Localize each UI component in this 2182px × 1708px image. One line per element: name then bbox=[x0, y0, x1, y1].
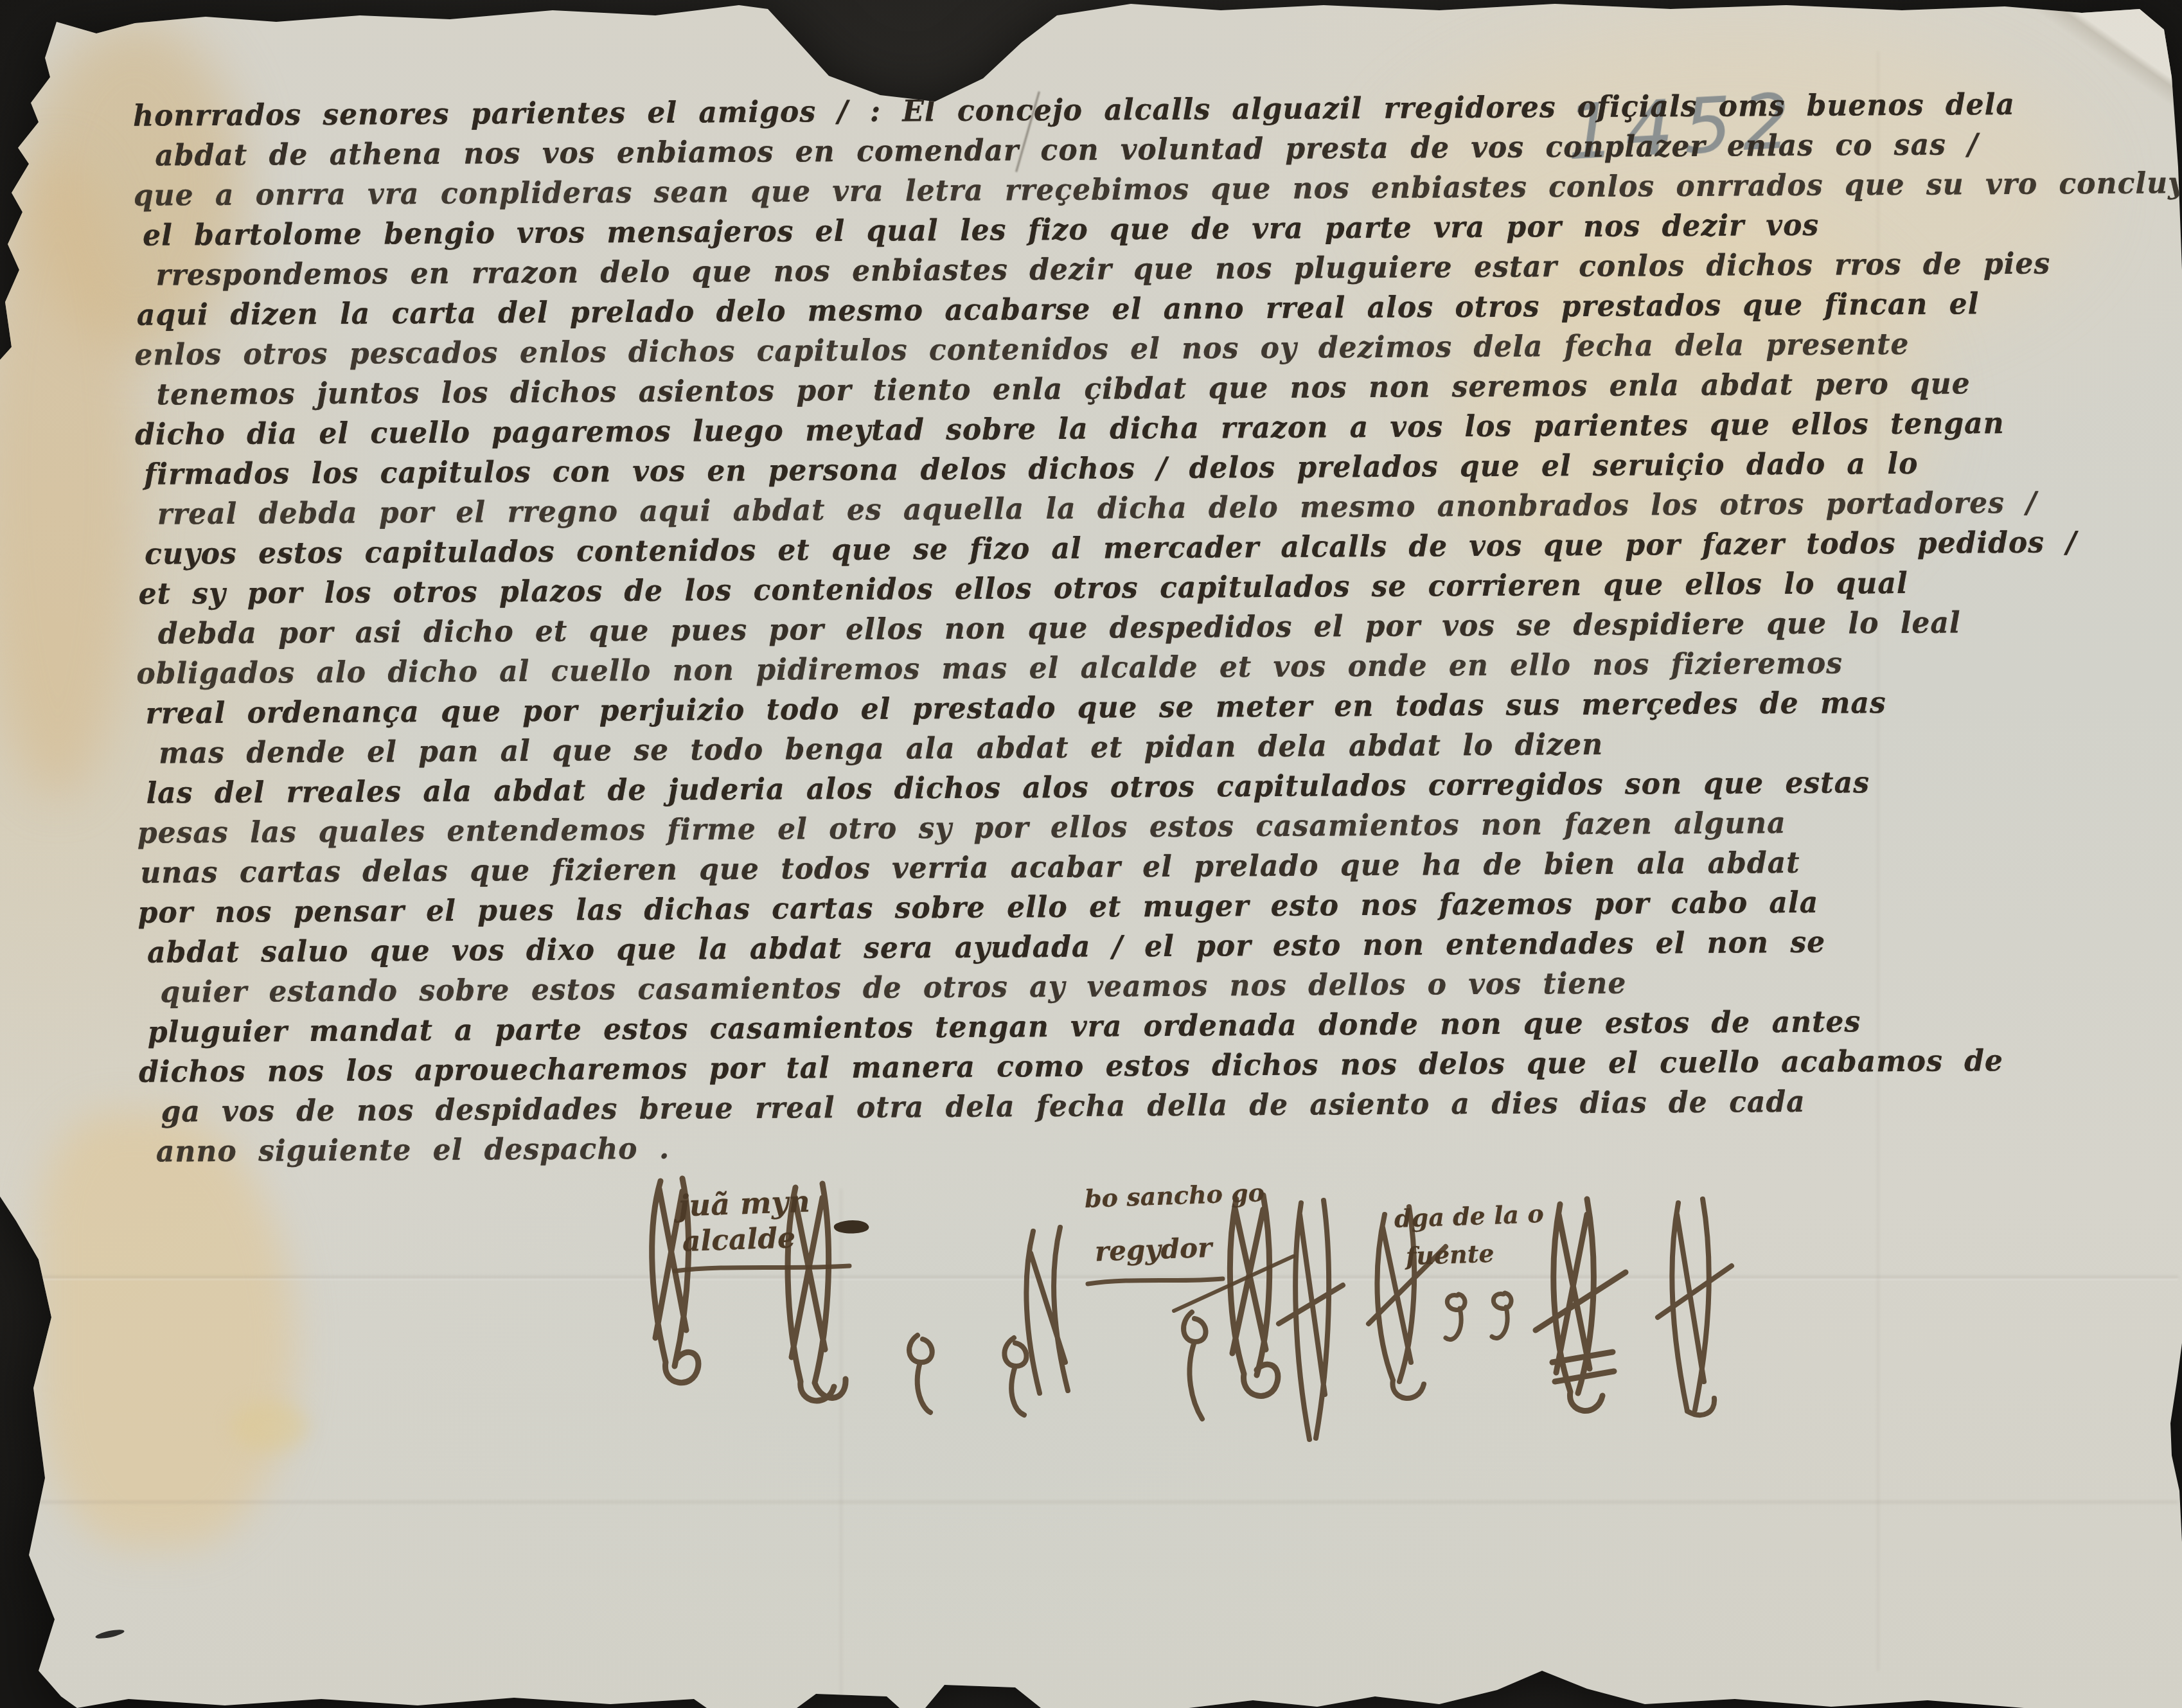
stain-bottom-left bbox=[39, 1112, 296, 1549]
stain-spot bbox=[231, 1401, 308, 1452]
rubric-loop-descender-b bbox=[1004, 1338, 1026, 1415]
rubric-fuente-left-band bbox=[1369, 1207, 1446, 1398]
signature-3-title: fuente bbox=[1405, 1239, 1495, 1271]
ink-blob bbox=[834, 1220, 869, 1233]
fold-top-right-corner bbox=[2005, 0, 2182, 161]
edge-fleck-bottom-left bbox=[94, 1628, 125, 1640]
signature-2-title: regydor bbox=[1094, 1232, 1212, 1267]
signature-1-name: juã myn bbox=[678, 1184, 811, 1223]
rubric-loop-descender-c bbox=[1184, 1312, 1206, 1419]
paper-shadow-wrap: 1452 honrrados senores parientes el amig… bbox=[0, 0, 2182, 1708]
photo-background: 1452 honrrados senores parientes el amig… bbox=[0, 0, 2182, 1708]
manuscript-text-block: honrrados senores parientes el amigos / … bbox=[133, 86, 1861, 1172]
rubric-regydor-band bbox=[1230, 1195, 1277, 1396]
rubric-fuente-right-band bbox=[1536, 1199, 1626, 1411]
signature-1-title: alcalde bbox=[682, 1222, 796, 1258]
rubric-loop-descender-a bbox=[909, 1335, 932, 1412]
rubric-gg-marks bbox=[1446, 1293, 1511, 1340]
manuscript-sheet: 1452 honrrados senores parientes el amig… bbox=[0, 0, 2182, 1708]
rubric-regydor-underline bbox=[1088, 1279, 1223, 1284]
ink-hole-top bbox=[897, 51, 910, 67]
rubric-alcalde-underline bbox=[675, 1266, 849, 1271]
rubric-regydor-left-loops bbox=[1026, 1227, 1068, 1393]
rubric-center-tall-band bbox=[1279, 1200, 1343, 1439]
rubric-far-right-band bbox=[1658, 1199, 1732, 1415]
signature-3-name: dga de la o bbox=[1394, 1199, 1544, 1233]
stain-left-band bbox=[0, 154, 135, 797]
